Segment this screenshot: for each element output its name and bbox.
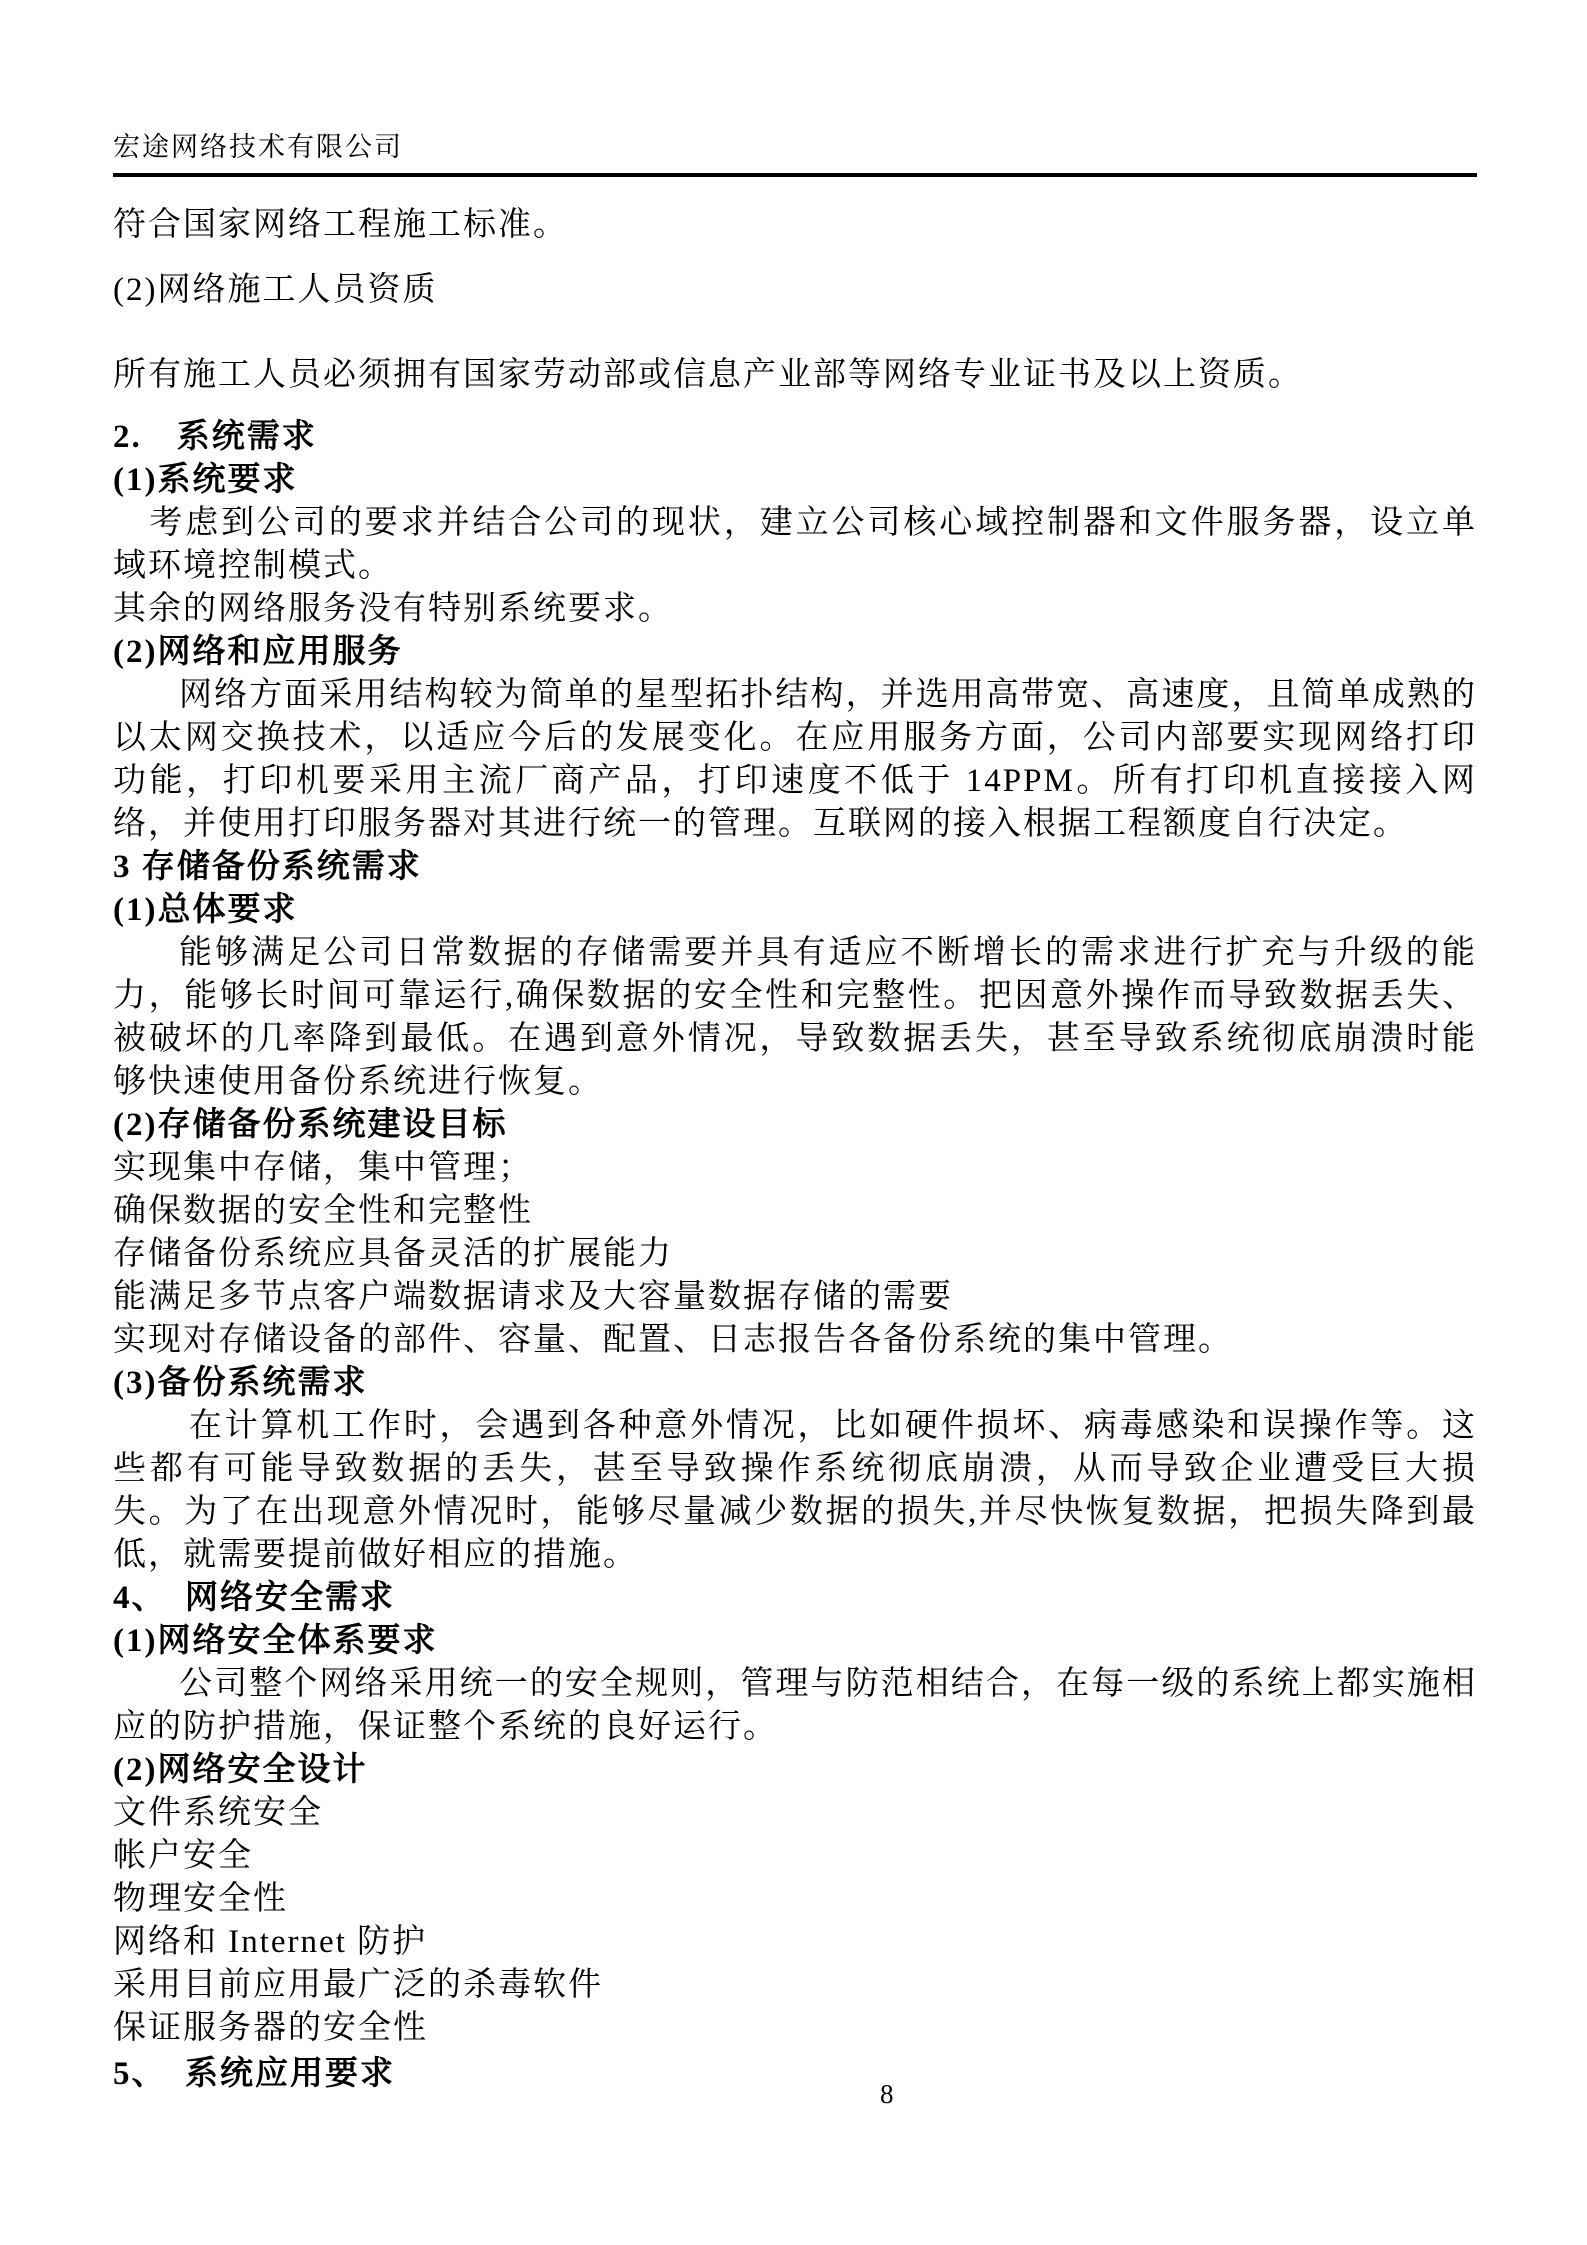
- heading-3-storage-backup: 3 存储备份系统需求: [113, 846, 1477, 889]
- para-network-topology: 网络方面采用结构较为简单的星型拓扑结构，并选用高带宽、高速度，且简单成熟的以太网…: [113, 674, 1477, 846]
- security-item-internet: 网络和 Internet 防护: [113, 1921, 1477, 1964]
- heading-security-design: (2)网络安全设计: [113, 1749, 1477, 1792]
- para-other-services: 其余的网络服务没有特别系统要求。: [113, 588, 1477, 631]
- heading-2-system-requirements: 2. 系统需求: [113, 416, 1477, 459]
- document-body: 符合国家网络工程施工标准。 (2)网络施工人员资质 所有施工人员必须拥有国家劳动…: [113, 204, 1477, 2096]
- heading-construction-staff: (2)网络施工人员资质: [113, 269, 1477, 312]
- security-item-server: 保证服务器的安全性: [113, 2007, 1477, 2050]
- goal-centralized-management: 实现对存储设备的部件、容量、配置、日志报告各备份系统的集中管理。: [113, 1319, 1477, 1362]
- para-backup-rationale: 在计算机工作时，会遇到各种意外情况，比如硬件损坏、病毒感染和误操作等。这些都有可…: [113, 1405, 1477, 1577]
- goal-data-integrity: 确保数据的安全性和完整性: [113, 1190, 1477, 1233]
- security-item-file-system: 文件系统安全: [113, 1792, 1477, 1835]
- security-item-antivirus: 采用目前应用最广泛的杀毒软件: [113, 1964, 1477, 2007]
- goal-centralized-storage: 实现集中存储，集中管理；: [113, 1147, 1477, 1190]
- para-storage-capacity: 能够满足公司日常数据的存储需要并具有适应不断增长的需求进行扩充与升级的能力，能够…: [113, 932, 1477, 1104]
- para-security-rules: 公司整个网络采用统一的安全规则，管理与防范相结合，在每一级的系统上都实施相应的防…: [113, 1663, 1477, 1749]
- heading-5-system-application: 5、 系统应用要求: [113, 2053, 1477, 2096]
- heading-4-network-security: 4、 网络安全需求: [113, 1577, 1477, 1620]
- goal-flexible-expansion: 存储备份系统应具备灵活的扩展能力: [113, 1233, 1477, 1276]
- heading-system-requirement: (1)系统要求: [113, 459, 1477, 502]
- heading-network-app-services: (2)网络和应用服务: [113, 631, 1477, 674]
- security-item-physical: 物理安全性: [113, 1878, 1477, 1921]
- heading-overall-requirement: (1)总体要求: [113, 889, 1477, 932]
- page-header: 宏途网络技术有限公司: [113, 128, 1477, 177]
- security-item-account: 帐户安全: [113, 1835, 1477, 1878]
- heading-security-system: (1)网络安全体系要求: [113, 1620, 1477, 1663]
- heading-storage-goals: (2)存储备份系统建设目标: [113, 1104, 1477, 1147]
- document-page: 宏途网络技术有限公司 符合国家网络工程施工标准。 (2)网络施工人员资质 所有施…: [0, 0, 1587, 2245]
- para-staff-certification: 所有施工人员必须拥有国家劳动部或信息产业部等网络专业证书及以上资质。: [113, 354, 1477, 397]
- goal-multi-node: 能满足多节点客户端数据请求及大容量数据存储的需要: [113, 1276, 1477, 1319]
- heading-backup-requirement: (3)备份系统需求: [113, 1362, 1477, 1405]
- para-construction-standard: 符合国家网络工程施工标准。: [113, 204, 1477, 247]
- header-rule: [113, 173, 1477, 177]
- para-domain-controller: 考虑到公司的要求并结合公司的现状，建立公司核心域控制器和文件服务器，设立单域环境…: [113, 502, 1477, 588]
- page-number: 8: [880, 2075, 894, 2113]
- company-name: 宏途网络技术有限公司: [113, 128, 1477, 166]
